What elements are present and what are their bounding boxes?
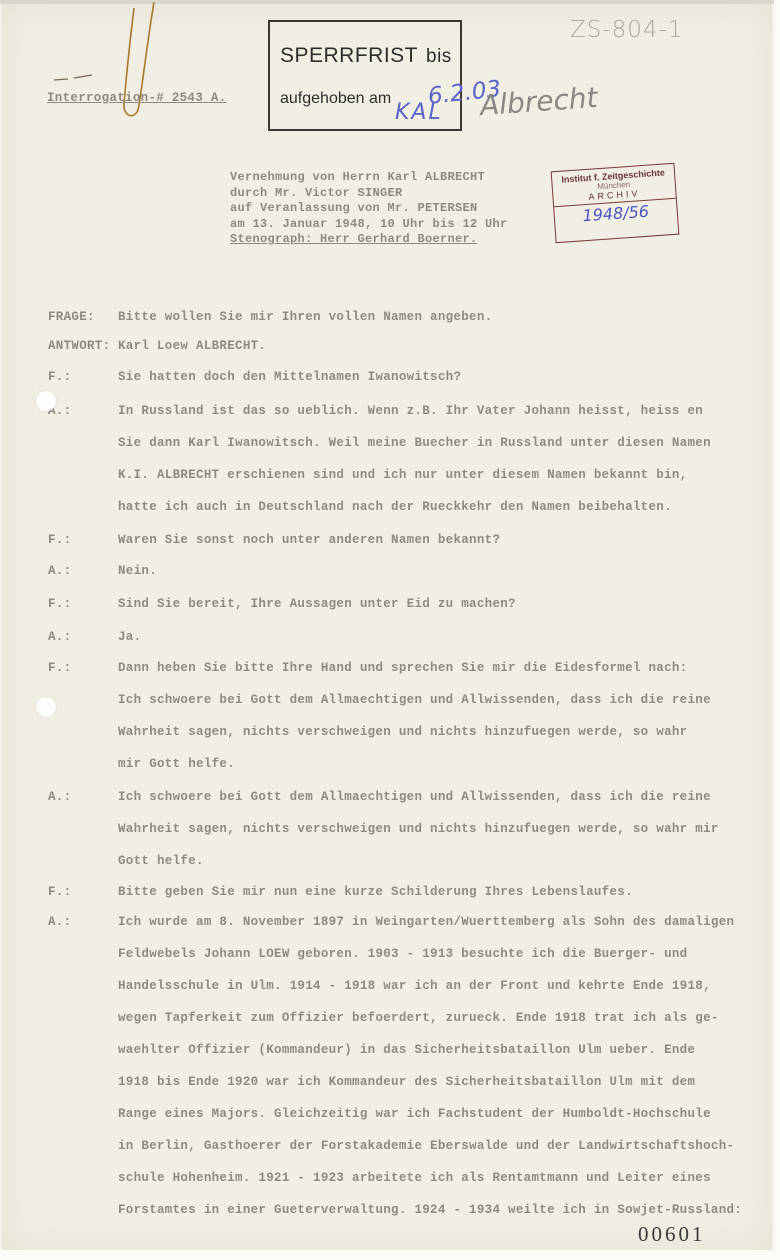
punch-hole [36,697,56,717]
header-line: durch Mr. Victor SINGER [230,186,508,202]
speaker-label: ANTWORT: [48,339,110,353]
archive-number-pencil: ZS-804-1 [570,17,684,43]
speaker-label: A.: [48,790,71,804]
transcript-line: Handelsschule in Ulm. 1914 - 1918 war ic… [118,979,711,993]
transcript-line: Sie dann Karl Iwanowitsch. Weil meine Bu… [118,436,711,450]
scan-edge-right [774,0,780,1260]
transcript-line: Wahrheit sagen, nichts verschweigen und … [118,822,719,836]
transcript-line: K.I. ALBRECHT erschienen sind und ich nu… [118,468,688,482]
header-line: auf Veranlassung von Mr. PETERSEN [230,201,508,217]
page-number: 00601 [638,1222,706,1247]
transcript-line: Range eines Majors. Gleichzeitig war ich… [118,1107,711,1121]
pencil-marks [52,70,102,90]
scan-edge-bottom [0,1250,780,1260]
speaker-label: FRAGE: [48,310,95,324]
transcript-line: Forstamtes in einer Gueterverwaltung. 19… [118,1203,742,1217]
header-line: Vernehmung von Herrn Karl ALBRECHT [230,170,508,186]
paper-clip-icon [112,0,162,125]
speaker-label: A.: [48,915,71,929]
interrogation-reference: Interrogation-# 2543 A. [47,91,226,105]
transcript-line: Bitte geben Sie mir nun eine kurze Schil… [118,885,633,899]
stamp-line-1: SPERRFRISTbis [280,44,452,68]
transcript-line: schule Hohenheim. 1921 - 1923 arbeitete … [118,1171,711,1185]
handwritten-initials: KAL [395,100,443,125]
archive-stamp-number: 1948/56 [554,200,677,227]
speaker-label: F.: [48,533,71,547]
transcript-line: Ich schwoere bei Gott dem Allmaechtigen … [118,790,711,804]
transcript-line: Feldwebels Johann LOEW geboren. 1903 - 1… [118,947,688,961]
header-line: Stenograph: Herr Gerhard Boerner. [230,232,508,248]
transcript-line: in Berlin, Gasthoerer der Forstakademie … [118,1139,734,1153]
transcript-line: Nein. [118,564,157,578]
speaker-label: F.: [48,370,71,384]
archive-stamp: Institut f. Zeitgeschichte München ARCHI… [551,163,680,243]
speaker-label: A.: [48,564,71,578]
speaker-label: A.: [48,630,71,644]
speaker-label: F.: [48,661,71,675]
transcript-line: hatte ich auch in Deutschland nach der R… [118,500,672,514]
transcript-line: waehlter Offizier (Kommandeur) in das Si… [118,1043,695,1057]
transcript-line: Wahrheit sagen, nichts verschweigen und … [118,725,688,739]
transcript-line: mir Gott helfe. [118,757,235,771]
transcript-line: Sie hatten doch den Mittelnamen Iwanowit… [118,370,461,384]
transcript-line: Dann heben Sie bitte Ihre Hand und sprec… [118,661,688,675]
transcript-line: Gott helfe. [118,854,204,868]
speaker-label: F.: [48,597,71,611]
transcript-line: Karl Loew ALBRECHT. [118,339,266,353]
interrogation-header: Vernehmung von Herrn Karl ALBRECHT durch… [230,170,508,248]
transcript-line: wegen Tapferkeit zum Offizier befoerdert… [118,1011,719,1025]
speaker-label: F.: [48,885,71,899]
transcript-line: Ich schwoere bei Gott dem Allmaechtigen … [118,693,711,707]
transcript-line: Sind Sie bereit, Ihre Aussagen unter Eid… [118,597,516,611]
transcript-line: Waren Sie sonst noch unter anderen Namen… [118,533,500,547]
transcript-line: Ich wurde am 8. November 1897 in Weingar… [118,915,734,929]
header-line: am 13. Januar 1948, 10 Uhr bis 12 Uhr [230,217,508,233]
transcript-line: 1918 bis Ende 1920 war ich Kommandeur de… [118,1075,695,1089]
transcript-line: In Russland ist das so ueblich. Wenn z.B… [118,404,703,418]
stamp-line-2: aufgehoben am [280,90,391,108]
transcript-line: Ja. [118,630,141,644]
punch-hole [36,391,56,411]
transcript-line: Bitte wollen Sie mir Ihren vollen Namen … [118,310,492,324]
